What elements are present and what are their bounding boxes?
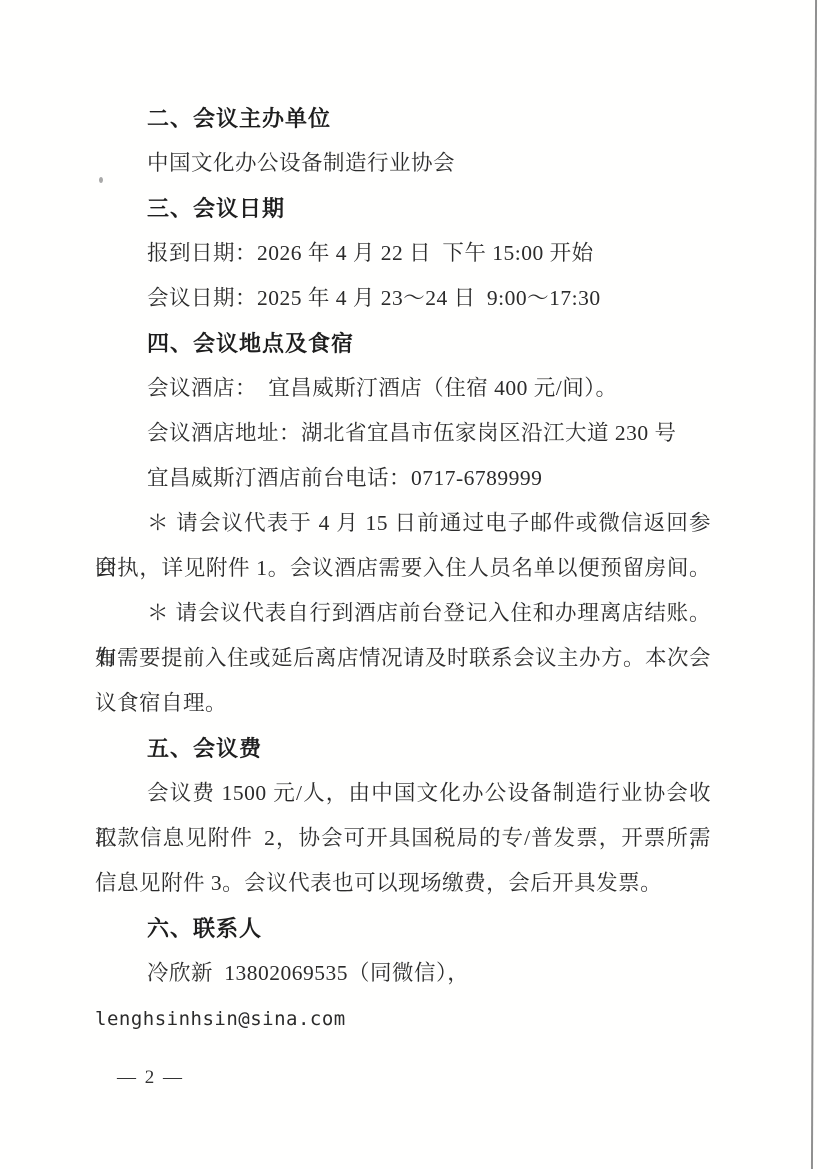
section-heading-venue: 四、会议地点及食宿	[95, 321, 711, 366]
note-reply-line-2: 回执，详见附件 1。会议酒店需要入住人员名单以便预留房间。	[95, 546, 711, 591]
document-body: 二、会议主办单位 中国文化办公设备制造行业协会 三、会议日期 报到日期：2026…	[95, 96, 711, 996]
scan-edge-artifact	[811, 0, 817, 1169]
fee-line-3: 信息见附件 3。会议代表也可以现场缴费，会后开具发票。	[95, 861, 711, 906]
section-heading-contact: 六、联系人	[95, 906, 711, 951]
contact-name-phone: 冷欣新 13802069535（同微信），	[147, 961, 469, 985]
document-page: 二、会议主办单位 中国文化办公设备制造行业协会 三、会议日期 报到日期：2026…	[0, 0, 819, 1169]
fee-line-1: 会议费 1500 元/人，由中国文化办公设备制造行业协会收取，	[95, 771, 711, 816]
contact-line: 冷欣新 13802069535（同微信），lenghsinhsin@sina.c…	[95, 951, 711, 996]
scan-speck-artifact	[99, 177, 103, 183]
note-checkin-line-2: 有需要提前入住或延后离店情况请及时联系会议主办方。本次会	[95, 636, 711, 681]
hotel-address-line: 会议酒店地址：湖北省宜昌市伍家岗区沿江大道 230 号	[95, 411, 711, 456]
meeting-date-line: 会议日期：2025 年 4 月 23～24 日 9:00～17:30	[95, 276, 711, 321]
checkin-date-line: 报到日期：2026 年 4 月 22 日 下午 15:00 开始	[95, 231, 711, 276]
section-heading-organizer: 二、会议主办单位	[95, 96, 711, 141]
note-checkin-line-3: 议食宿自理。	[95, 681, 711, 726]
note-reply-line-1: ＊ 请会议代表于 4 月 15 日前通过电子邮件或微信返回参会	[95, 501, 711, 546]
page-number: — 2 —	[117, 1063, 184, 1093]
fee-line-2: 汇款信息见附件 2，协会可开具国税局的专/普发票，开票所需	[95, 816, 711, 861]
organizer-name-line: 中国文化办公设备制造行业协会	[95, 141, 711, 186]
note-checkin-line-1: ＊ 请会议代表自行到酒店前台登记入住和办理离店结账。如	[95, 591, 711, 636]
hotel-phone-line: 宜昌威斯汀酒店前台电话：0717-6789999	[95, 456, 711, 501]
contact-email: lenghsinhsin@sina.com	[95, 1008, 346, 1030]
section-heading-fee: 五、会议费	[95, 726, 711, 771]
section-heading-dates: 三、会议日期	[95, 186, 711, 231]
hotel-line: 会议酒店： 宜昌威斯汀酒店（住宿 400 元/间）。	[95, 366, 711, 411]
